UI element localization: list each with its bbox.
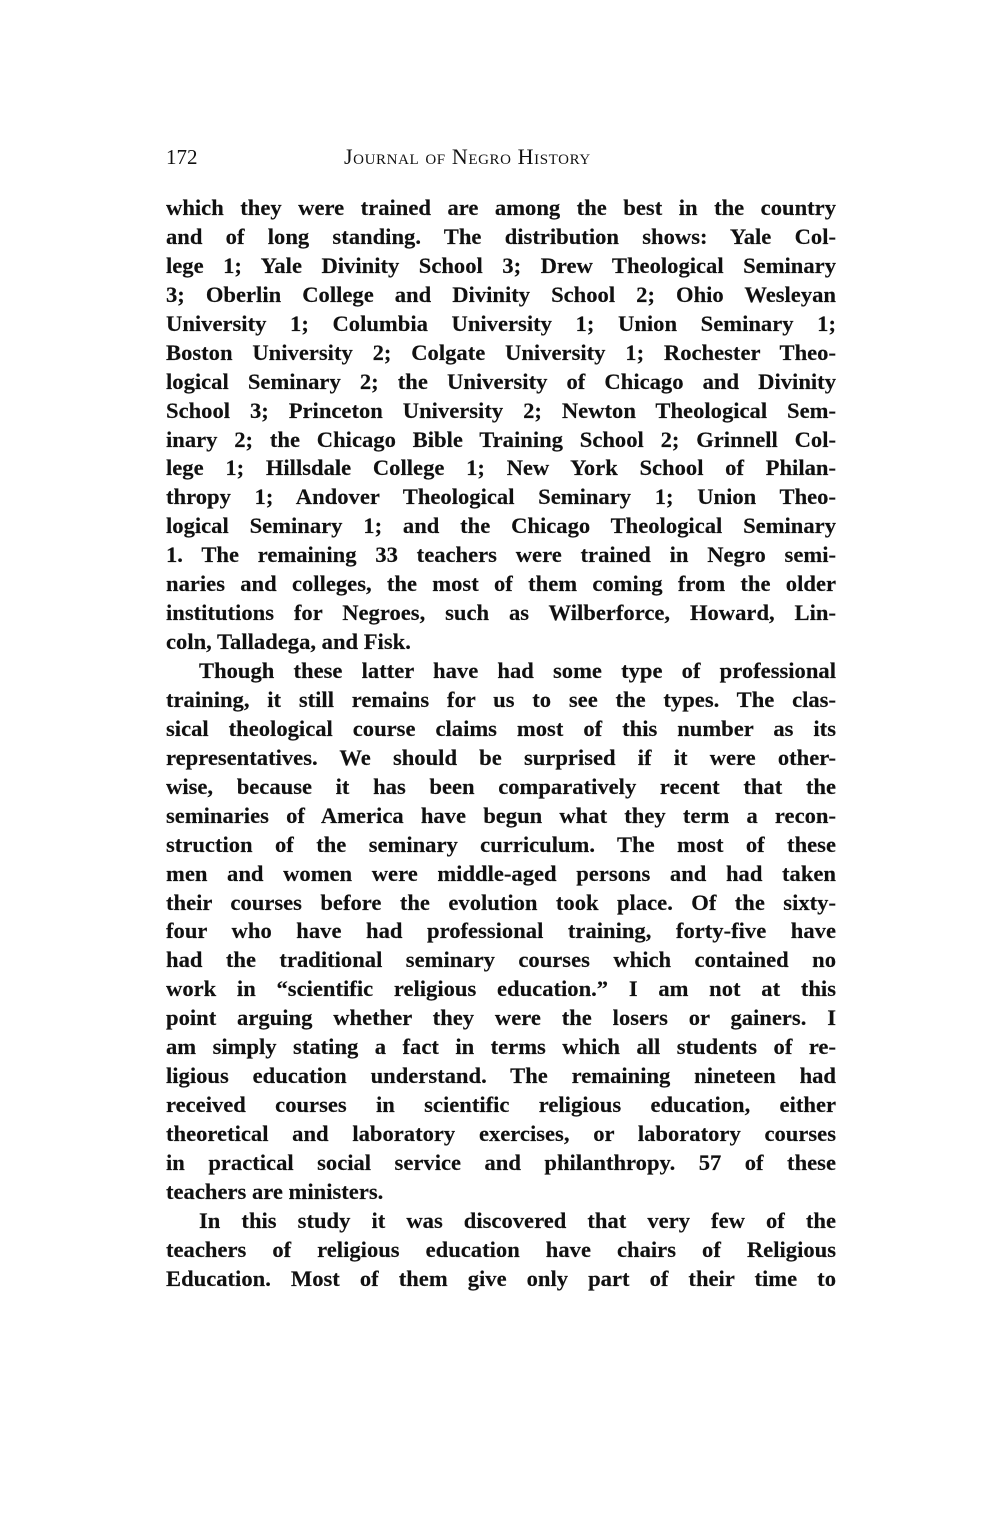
text-line: their courses before the evolution took … xyxy=(166,889,836,918)
text-line: work in “scientific religious education.… xyxy=(166,975,836,1004)
text-line: lege 1; Hillsdale College 1; New York Sc… xyxy=(166,454,836,483)
text-line: point arguing whether they were the lose… xyxy=(166,1004,836,1033)
text-line: logical Seminary 1; and the Chicago Theo… xyxy=(166,512,836,541)
text-line: University 1; Columbia University 1; Uni… xyxy=(166,310,836,339)
text-line: ligious education understand. The remain… xyxy=(166,1062,836,1091)
text-line: theoretical and laboratory exercises, or… xyxy=(166,1120,836,1149)
text-line: Though these latter have had some type o… xyxy=(166,657,836,686)
text-line: School 3; Princeton University 2; Newton… xyxy=(166,397,836,426)
text-line: In this study it was discovered that ver… xyxy=(166,1207,836,1236)
text-line: four who have had professional training,… xyxy=(166,917,836,946)
text-line: logical Seminary 2; the University of Ch… xyxy=(166,368,836,397)
body-text: which they were trained are among the be… xyxy=(166,194,836,1294)
paragraph-3-chairs-of-religious-education: In this study it was discovered that ver… xyxy=(166,1207,836,1294)
text-line: sical theological course claims most of … xyxy=(166,715,836,744)
text-line: naries and colleges, the most of them co… xyxy=(166,570,836,599)
text-line: Education. Most of them give only part o… xyxy=(166,1265,836,1294)
text-line: which they were trained are among the be… xyxy=(166,194,836,223)
text-line: teachers are ministers. xyxy=(166,1178,836,1207)
journal-title: Journal of Negro History xyxy=(344,142,591,172)
text-line: inary 2; the Chicago Bible Training Scho… xyxy=(166,426,836,455)
text-line: thropy 1; Andover Theological Seminary 1… xyxy=(166,483,836,512)
text-line: training, it still remains for us to see… xyxy=(166,686,836,715)
text-line: 1. The remaining 33 teachers were traine… xyxy=(166,541,836,570)
text-line: had the traditional seminary courses whi… xyxy=(166,946,836,975)
text-line: and of long standing. The distribution s… xyxy=(166,223,836,252)
text-line: received courses in scientific religious… xyxy=(166,1091,836,1120)
text-line: representatives. We should be surprised … xyxy=(166,744,836,773)
text-line: institutions for Negroes, such as Wilber… xyxy=(166,599,836,628)
text-line: teachers of religious education have cha… xyxy=(166,1236,836,1265)
text-line: struction of the seminary curriculum. Th… xyxy=(166,831,836,860)
text-line: in practical social service and philanth… xyxy=(166,1149,836,1178)
text-line: men and women were middle-aged persons a… xyxy=(166,860,836,889)
text-line: wise, because it has been comparatively … xyxy=(166,773,836,802)
text-line: am simply stating a fact in terms which … xyxy=(166,1033,836,1062)
text-line: coln, Talladega, and Fisk. xyxy=(166,628,836,657)
journal-page: 172 Journal of Negro History which they … xyxy=(0,0,1000,1520)
text-line: 3; Oberlin College and Divinity School 2… xyxy=(166,281,836,310)
text-line: lege 1; Yale Divinity School 3; Drew The… xyxy=(166,252,836,281)
paragraph-1-distribution: which they were trained are among the be… xyxy=(166,194,836,657)
running-head: 172 Journal of Negro History xyxy=(166,142,836,172)
text-line: seminaries of America have begun what th… xyxy=(166,802,836,831)
page-number: 172 xyxy=(166,142,198,172)
text-line: Boston University 2; Colgate University … xyxy=(166,339,836,368)
paragraph-2-professional-training: Though these latter have had some type o… xyxy=(166,657,836,1207)
